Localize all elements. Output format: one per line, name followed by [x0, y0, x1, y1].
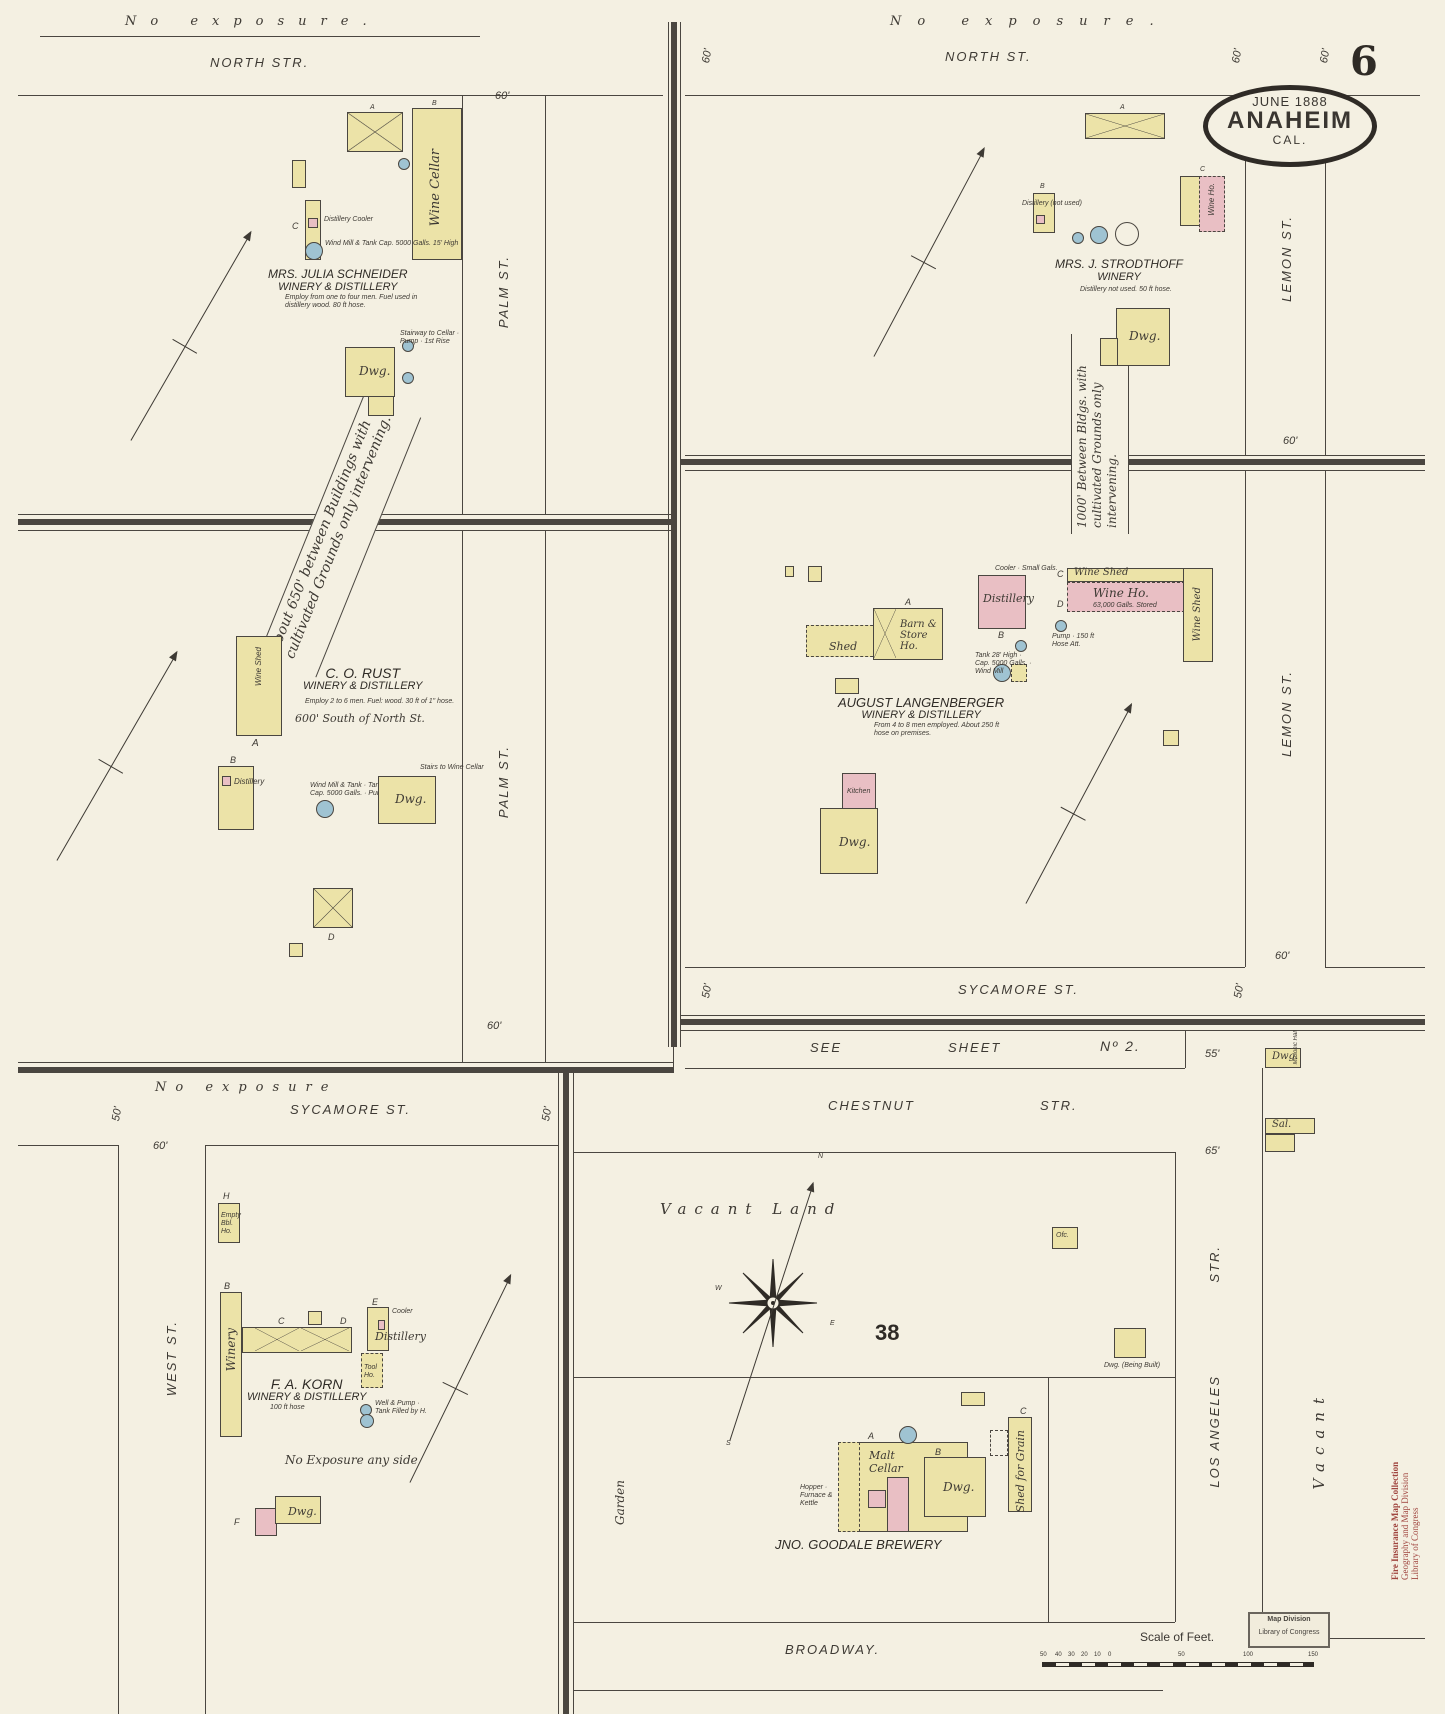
grain-shed-building: Shed for Grain	[1008, 1417, 1032, 1512]
owner-label: AUGUST LANGENBERGER WINERY & DISTILLERY	[838, 696, 1004, 722]
street-label-north: NORTH STR.	[210, 55, 309, 70]
vacant-land-label: Vacant Land	[660, 1200, 842, 1218]
building-label: Distillery	[375, 1330, 426, 1343]
shed-outline	[990, 1430, 1008, 1456]
shed-building	[289, 943, 303, 957]
dwelling-annex	[1100, 338, 1118, 366]
street-label-chestnut: CHESTNUT	[828, 1098, 915, 1113]
wash-house-building	[313, 888, 353, 928]
dimension-label: 50'	[700, 983, 714, 999]
see-sheet-label: SHEET	[948, 1040, 1001, 1055]
dimension-label: 60'	[1283, 435, 1297, 447]
lot-line	[1048, 1377, 1049, 1622]
building-letter: C	[278, 1317, 285, 1325]
property-notes: Employ 2 to 6 men. Fuel: wood. 30 ft of …	[305, 698, 455, 706]
owner-label: F. A. KORN WINERY & DISTILLERY	[247, 1378, 366, 1404]
empty-barrel-house: Empty Bbl. Ho.	[218, 1203, 240, 1243]
block-divider	[671, 22, 677, 1047]
dimension-label: 50'	[110, 1106, 124, 1122]
block-number: 38	[875, 1320, 899, 1346]
location-note: 600' South of North St.	[295, 712, 425, 725]
garden-label: Garden	[613, 1480, 627, 1525]
street-edge	[545, 95, 546, 515]
wine-house-building: Wine Ho. 63,000 Galls. Stored	[1067, 582, 1185, 612]
outbuilding	[308, 1311, 322, 1325]
map-division-stamp: Map Division Library of Congress	[1248, 1612, 1330, 1648]
exposure-note: No exposure.	[125, 14, 381, 29]
building-a	[1085, 113, 1165, 139]
building-a	[347, 112, 403, 152]
building-label: Distillery Cooler	[324, 216, 373, 224]
dwelling-building: Dwg.	[820, 808, 878, 874]
street-edge	[545, 530, 546, 1062]
building-label: Well & Pump · Tank Filled by H.	[375, 1400, 435, 1416]
lot-line	[573, 1377, 1175, 1378]
block-divider	[18, 1067, 673, 1073]
wine-cellar-building: Wine Cellar	[412, 108, 462, 260]
street-edge	[18, 1062, 673, 1063]
owner-label: MRS. JULIA SCHNEIDER WINERY & DISTILLERY	[268, 268, 408, 294]
street-edge	[40, 36, 480, 37]
outbuilding	[785, 566, 794, 577]
street-label-los-angeles: LOS ANGELES	[1207, 1375, 1222, 1488]
building-label: Cooler	[392, 1308, 413, 1316]
wine-house-building: Wine Ho.	[1199, 176, 1225, 232]
building-label: Tank 28' High · Cap. 5000 Galls. · Wind …	[975, 652, 1035, 676]
building-letter: A	[370, 104, 375, 112]
street-label-chestnut: STR.	[1040, 1098, 1078, 1113]
exposure-note: No Exposure any side	[285, 1453, 418, 1467]
street-edge	[18, 1145, 118, 1146]
street-edge	[462, 530, 463, 1062]
street-edge	[1245, 470, 1246, 967]
building-letter: B	[1040, 183, 1045, 191]
dwelling-annex	[368, 396, 394, 416]
owner-label: C. O. RUST WINERY & DISTILLERY	[303, 667, 422, 693]
street-edge	[685, 455, 1425, 456]
building-letter: C	[1020, 1407, 1027, 1415]
property-notes: From 4 to 8 men employed. About 250 ft h…	[874, 722, 1014, 738]
building-letter: C	[1200, 166, 1205, 174]
building-label: Hopper · Furnace & Kettle	[800, 1484, 836, 1508]
exposure-note: No exposure	[155, 1080, 337, 1095]
outbuilding	[961, 1392, 985, 1406]
building-label: Wind Mill & Tank Cap. 5000 Galls. 15' Hi…	[325, 240, 458, 248]
dimension-label: 65'	[1205, 1145, 1219, 1157]
wine-shed-building: Wine Shed	[1183, 568, 1213, 662]
street-edge	[573, 1152, 1175, 1153]
dimension-label: 55'	[1205, 1048, 1219, 1060]
building-letter: H	[223, 1192, 230, 1200]
street-edge	[573, 1690, 1163, 1691]
distillery-furnace	[308, 218, 318, 228]
street-edge	[685, 1068, 1185, 1069]
grain-building	[838, 1442, 860, 1532]
building-letter: D	[328, 933, 335, 941]
street-label-north: NORTH ST.	[945, 49, 1032, 64]
dimension-label: 60'	[1230, 48, 1244, 64]
block-divider	[680, 1019, 1425, 1025]
dwelling-building: Dwg.	[924, 1457, 986, 1517]
building-label: Stairs to Wine Cellar	[420, 764, 484, 772]
building-letter: F	[234, 1518, 240, 1526]
street-label-west: WEST ST.	[164, 1320, 179, 1396]
pump-icon	[1055, 620, 1067, 632]
building-letter: C	[292, 222, 299, 230]
street-edge	[558, 1073, 559, 1714]
dimension-label: 60'	[495, 90, 509, 102]
building-letter: D	[1057, 600, 1064, 608]
street-edge	[573, 1073, 574, 1714]
office-building: Ofc.	[1052, 1227, 1078, 1249]
building-label: Pump · 150 ft Hose Att.	[1052, 633, 1112, 649]
dwelling-building: Dwg.	[345, 347, 395, 397]
building-label: Dwg. (Being Built)	[1104, 1362, 1160, 1370]
building-letter: A	[252, 740, 259, 748]
vacant-label: Vacant	[1310, 1390, 1328, 1489]
pump-icon	[1072, 232, 1084, 244]
distillery-furnace	[378, 1320, 385, 1330]
property-notes: Distillery not used. 50 ft hose.	[1080, 286, 1180, 294]
street-edge	[685, 967, 1245, 968]
street-label-los-angeles: STR.	[1207, 1245, 1222, 1283]
block-divider	[680, 459, 1425, 465]
sheet-reference[interactable]: Nº 2.	[1100, 1038, 1141, 1054]
dimension-label: 60'	[1318, 48, 1332, 64]
water-tank-icon	[316, 800, 334, 818]
dimension-label: 50'	[1232, 983, 1246, 999]
street-label-palm: PALM ST.	[496, 745, 511, 818]
building-letter: C	[1057, 570, 1064, 578]
street-edge	[118, 1145, 119, 1714]
building-letter: B	[935, 1448, 941, 1456]
title-cartouche: JUNE 1888 ANAHEIM CAL.	[1203, 85, 1377, 167]
masonic-hall-label: Masonic Hall	[1292, 1030, 1300, 1064]
building-letter: E	[372, 1298, 378, 1306]
saloon-annex	[1265, 1134, 1295, 1152]
kettle-house	[868, 1490, 886, 1508]
tank-icon	[1115, 222, 1139, 246]
dimension-label: 60'	[153, 1140, 167, 1152]
owner-label: MRS. J. STRODTHOFF WINERY	[1055, 258, 1183, 284]
wine-shed-building: Wine Shed	[236, 636, 282, 736]
distillery-building	[1033, 193, 1055, 233]
state-name: CAL.	[1208, 133, 1372, 147]
street-edge	[668, 22, 669, 1047]
winery-wing	[242, 1327, 352, 1353]
street-edge	[1325, 470, 1326, 967]
street-edge	[1175, 1152, 1176, 1622]
dwelling-building: Dwg.	[378, 776, 436, 824]
compass-s-label: S	[726, 1440, 731, 1448]
water-tank-icon	[360, 1414, 374, 1428]
outbuilding	[808, 566, 822, 582]
dwelling-being-built	[1114, 1328, 1146, 1358]
property-notes: Employ from one to four men. Fuel used i…	[285, 294, 425, 310]
dimension-label: 60'	[700, 48, 714, 64]
city-name: ANAHEIM	[1208, 109, 1372, 133]
building-label: Distillery (not used)	[1022, 200, 1082, 208]
dwelling-brick	[255, 1508, 277, 1536]
see-sheet-label: SEE	[810, 1040, 842, 1055]
compass-w-label: W	[715, 1285, 722, 1293]
compass-e-label: E	[830, 1320, 835, 1328]
kitchen-building: Kitchen	[842, 773, 876, 809]
barn-store-house: Barn & Store Ho.	[873, 608, 943, 660]
distillery-furnace	[1036, 215, 1045, 224]
street-label-lemon: LEMON ST.	[1279, 215, 1294, 302]
shed-building: Shed	[806, 625, 878, 657]
street-edge	[680, 1030, 1425, 1031]
map-canvas[interactable]	[0, 0, 1445, 1714]
street-edge	[205, 1145, 558, 1146]
water-tank-icon	[1090, 226, 1108, 244]
building-label: Distillery	[234, 778, 264, 786]
street-edge	[462, 95, 463, 515]
exposure-note: No exposure.	[890, 14, 1170, 29]
street-edge	[680, 1015, 1425, 1016]
shed-building	[292, 160, 306, 188]
building-letter: B	[224, 1282, 230, 1290]
block-divider	[563, 1073, 569, 1714]
building-letter: A	[905, 598, 911, 606]
street-edge	[1262, 1068, 1263, 1638]
pump-icon	[402, 372, 414, 384]
street-label-lemon: LEMON ST.	[1279, 670, 1294, 757]
street-edge	[1325, 967, 1425, 968]
street-label-broadway: BROADWAY.	[785, 1642, 880, 1657]
collection-stamp: Fire Insurance Map Collection Geography …	[1390, 1420, 1434, 1580]
water-tank-icon	[899, 1426, 917, 1444]
compass-n-label: N	[818, 1153, 823, 1161]
saloon-building: Sal.	[1265, 1118, 1315, 1134]
property-notes: 100 ft hose	[270, 1404, 305, 1412]
owner-label: JNO. GOODALE BREWERY	[775, 1538, 941, 1551]
street-edge	[18, 95, 663, 96]
dwelling-building: Dwg.	[275, 1496, 321, 1524]
street-label-palm: PALM ST.	[496, 255, 511, 328]
street-edge	[685, 470, 1425, 471]
street-label-sycamore: SYCAMORE ST.	[290, 1102, 411, 1117]
pump-icon	[1015, 640, 1027, 652]
dimension-label: 60'	[487, 1020, 501, 1032]
building-letter: B	[432, 100, 437, 108]
winery-building: Winery	[220, 1292, 242, 1437]
street-edge	[205, 1145, 206, 1714]
building-letter: B	[998, 631, 1004, 639]
distillery-furnace	[222, 776, 231, 786]
distillery-building: Distillery	[978, 575, 1026, 629]
dimension-label: 60'	[1275, 950, 1289, 962]
building-letter: D	[340, 1317, 347, 1325]
sheet-number: 6	[1350, 38, 1378, 85]
outbuilding	[1163, 730, 1179, 746]
building-label: Stairway to Cellar · Pump · 1st Rise	[400, 330, 460, 346]
street-edge	[573, 1622, 1175, 1623]
building-letter: B	[230, 756, 236, 764]
building-label: Cooler · Small Gals.	[995, 565, 1058, 573]
outbuilding	[835, 678, 859, 694]
water-tank-icon	[305, 242, 323, 260]
street-edge	[673, 1025, 674, 1073]
street-edge	[680, 22, 681, 1047]
pump-icon	[398, 158, 410, 170]
brick-building	[887, 1477, 909, 1532]
dimension-label: 50'	[540, 1106, 554, 1122]
dwelling-building: Dwg.	[1116, 308, 1170, 366]
street-edge	[1185, 1030, 1186, 1068]
building-letter: A	[1120, 104, 1125, 112]
street-label-sycamore: SYCAMORE ST.	[958, 982, 1079, 997]
building-letter: A	[868, 1432, 874, 1440]
